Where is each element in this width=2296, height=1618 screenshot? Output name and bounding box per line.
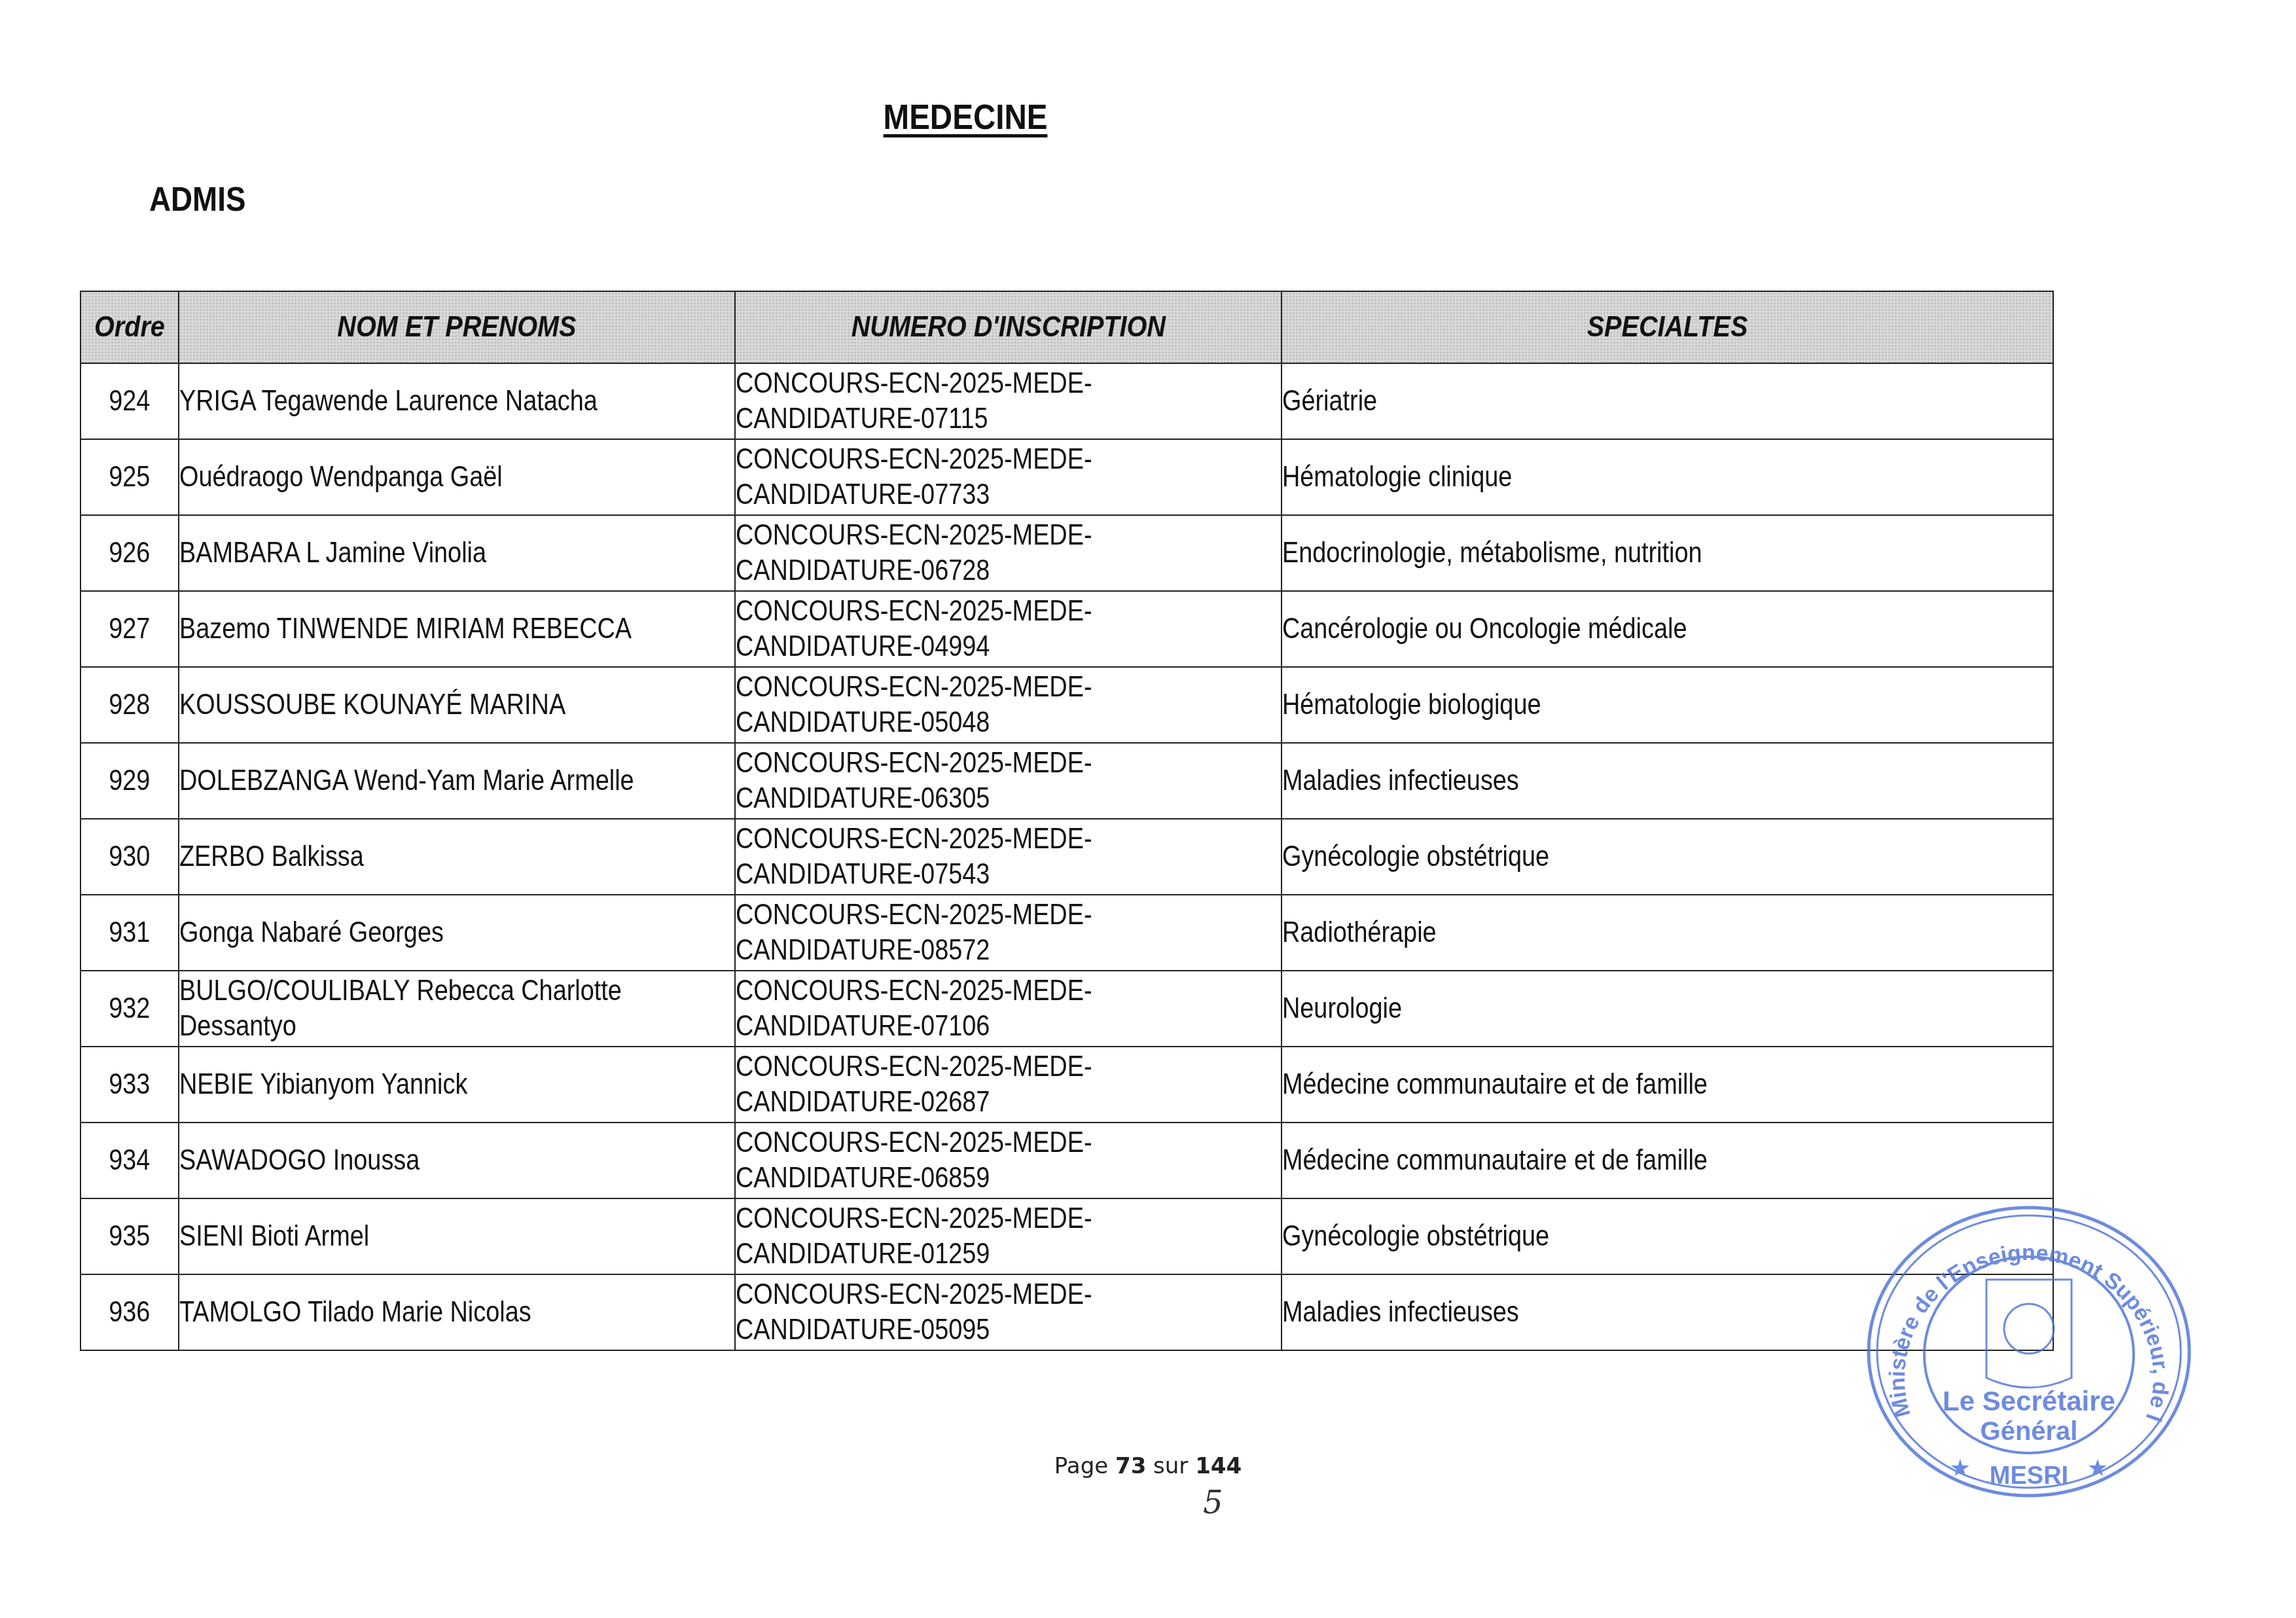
svg-text:MESRI: MESRI [1990,1462,2068,1490]
cell-specialite: Gynécologie obstétrique [1282,819,2053,895]
cell-nom: YRIGA Tegawende Laurence Natacha [179,363,735,439]
cell-ordre: 932 [81,971,179,1047]
table-row: 931Gonga Nabaré GeorgesCONCOURS-ECN-2025… [81,895,2053,971]
cell-specialite: Hématologie clinique [1282,439,2053,515]
table-header-row: Ordre NOM ET PRENOMS NUMERO D'INSCRIPTIO… [81,291,2053,363]
cell-numero: CONCOURS-ECN-2025-MEDE- CANDIDATURE-0711… [735,363,1282,439]
cell-numero: CONCOURS-ECN-2025-MEDE- CANDIDATURE-0685… [735,1123,1282,1198]
document-title: MEDECINE [116,97,1815,137]
table-row: 930ZERBO BalkissaCONCOURS-ECN-2025-MEDE-… [81,819,2053,895]
cell-numero: CONCOURS-ECN-2025-MEDE- CANDIDATURE-0754… [735,819,1282,895]
cell-nom: SAWADOGO Inoussa [179,1123,735,1198]
cell-specialite: Médecine communautaire et de famille [1282,1123,2053,1198]
handwritten-annotation: 5 [1203,1484,1223,1521]
svg-text:Général: Général [1981,1417,2078,1446]
cell-nom: NEBIE Yibianyom Yannick [179,1047,735,1123]
cell-ordre: 925 [81,439,179,515]
svg-text:Le Secrétaire: Le Secrétaire [1943,1386,2115,1416]
svg-text:★: ★ [2087,1454,2108,1481]
cell-numero: CONCOURS-ECN-2025-MEDE- CANDIDATURE-0499… [735,591,1282,667]
table-row: 932BULGO/COULIBALY Rebecca Charlotte Des… [81,971,2053,1047]
table-body: 924YRIGA Tegawende Laurence NatachaCONCO… [81,363,2053,1350]
table-row: 933NEBIE Yibianyom YannickCONCOURS-ECN-2… [81,1047,2053,1123]
cell-nom: TAMOLGO Tilado Marie Nicolas [179,1274,735,1350]
page-label: Page [1054,1453,1108,1479]
cell-ordre: 930 [81,819,179,895]
cell-nom: Gonga Nabaré Georges [179,895,735,971]
cell-specialite: Hématologie biologique [1282,667,2053,743]
cell-ordre: 924 [81,363,179,439]
cell-ordre: 936 [81,1274,179,1350]
cell-nom: KOUSSOUBE KOUNAYÉ MARINA [179,667,735,743]
cell-numero: CONCOURS-ECN-2025-MEDE- CANDIDATURE-0125… [735,1198,1282,1274]
official-stamp-icon: Ministère de l'Enseignement Supérieur, d… [1852,1188,2206,1502]
cell-nom: BAMBARA L Jamine Vinolia [179,515,735,591]
cell-numero: CONCOURS-ECN-2025-MEDE- CANDIDATURE-0672… [735,515,1282,591]
cell-ordre: 931 [81,895,179,971]
cell-numero: CONCOURS-ECN-2025-MEDE- CANDIDATURE-0504… [735,667,1282,743]
cell-ordre: 927 [81,591,179,667]
cell-numero: CONCOURS-ECN-2025-MEDE- CANDIDATURE-0509… [735,1274,1282,1350]
cell-numero: CONCOURS-ECN-2025-MEDE- CANDIDATURE-0630… [735,743,1282,819]
table-row: 936TAMOLGO Tilado Marie NicolasCONCOURS-… [81,1274,2053,1350]
table-row: 928KOUSSOUBE KOUNAYÉ MARINACONCOURS-ECN-… [81,667,2053,743]
table-row: 926BAMBARA L Jamine VinoliaCONCOURS-ECN-… [81,515,2053,591]
cell-specialite: Médecine communautaire et de famille [1282,1047,2053,1123]
section-heading: ADMIS [149,180,245,219]
cell-nom: Bazemo TINWENDE MIRIAM REBECCA [179,591,735,667]
cell-numero: CONCOURS-ECN-2025-MEDE- CANDIDATURE-0268… [735,1047,1282,1123]
cell-numero: CONCOURS-ECN-2025-MEDE- CANDIDATURE-0710… [735,971,1282,1047]
page-sep: sur [1153,1453,1188,1479]
admis-table: Ordre NOM ET PRENOMS NUMERO D'INSCRIPTIO… [80,291,2054,1351]
cell-specialite: Neurologie [1282,971,2053,1047]
table-row: 927Bazemo TINWENDE MIRIAM REBECCACONCOUR… [81,591,2053,667]
cell-nom: Ouédraogo Wendpanga Gaël [179,439,735,515]
cell-specialite: Radiothérapie [1282,895,2053,971]
cell-ordre: 928 [81,667,179,743]
table-row: 929DOLEBZANGA Wend-Yam Marie ArmelleCONC… [81,743,2053,819]
cell-specialite: Gériatrie [1282,363,2053,439]
table-row: 934SAWADOGO InoussaCONCOURS-ECN-2025-MED… [81,1123,2053,1198]
cell-specialite: Maladies infectieuses [1282,743,2053,819]
table-row: 924YRIGA Tegawende Laurence NatachaCONCO… [81,363,2053,439]
svg-text:★: ★ [1950,1454,1971,1481]
header-ordre: Ordre [81,291,179,363]
header-nom: NOM ET PRENOMS [179,291,735,363]
cell-ordre: 933 [81,1047,179,1123]
cell-ordre: 934 [81,1123,179,1198]
cell-nom: ZERBO Balkissa [179,819,735,895]
cell-nom: DOLEBZANGA Wend-Yam Marie Armelle [179,743,735,819]
table-row: 935SIENI Bioti ArmelCONCOURS-ECN-2025-ME… [81,1198,2053,1274]
header-numero: NUMERO D'INSCRIPTION [735,291,1282,363]
cell-specialite: Cancérologie ou Oncologie médicale [1282,591,2053,667]
cell-ordre: 935 [81,1198,179,1274]
cell-numero: CONCOURS-ECN-2025-MEDE- CANDIDATURE-0857… [735,895,1282,971]
page-total: 144 [1195,1453,1242,1479]
cell-numero: CONCOURS-ECN-2025-MEDE- CANDIDATURE-0773… [735,439,1282,515]
page-current: 73 [1115,1453,1146,1479]
cell-nom: BULGO/COULIBALY Rebecca Charlotte Dessan… [179,971,735,1047]
cell-specialite: Endocrinologie, métabolisme, nutrition [1282,515,2053,591]
table-row: 925Ouédraogo Wendpanga GaëlCONCOURS-ECN-… [81,439,2053,515]
cell-ordre: 926 [81,515,179,591]
cell-nom: SIENI Bioti Armel [179,1198,735,1274]
cell-ordre: 929 [81,743,179,819]
header-specialites: SPECIALTES [1282,291,2053,363]
